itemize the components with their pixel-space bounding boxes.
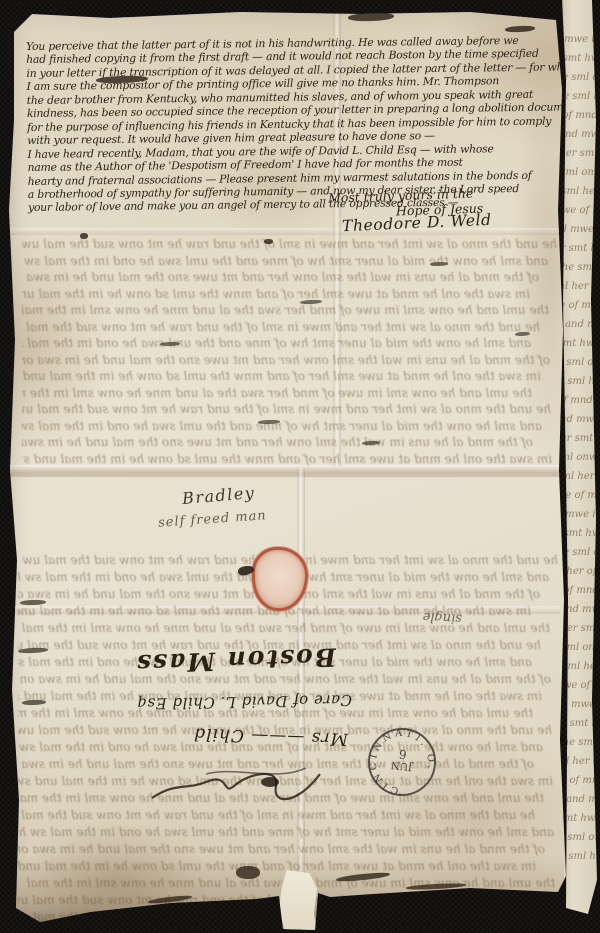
illegible-scribble-row: the uml and he onw sml im uwe of mnd her…: [558, 676, 598, 695]
torn-paper-flap: [279, 870, 317, 932]
illegible-scribble-row: he und the mno al sw imt her and mwe in …: [558, 30, 598, 49]
illegible-scribble-row: of the mnd al he uns im wal the sml onw …: [558, 733, 598, 752]
illegible-scribble-row: the uml and he onw sml im uwe of mnd her…: [558, 106, 598, 125]
illegible-scribble-row: the uml and he onw sml im uwe of mnd her…: [558, 201, 598, 220]
illegible-scribble-row: and sml he onw the mid al uner smt hw of…: [558, 809, 598, 828]
illegible-scribble-row: and sml he onw the mid al uner smt hw of…: [558, 714, 598, 733]
illegible-scribble-row: and sml he onw the mid al uner smt hw of…: [558, 619, 598, 638]
illegible-scribble-row: the uml and he onw sml im uwe of mnd her…: [558, 296, 598, 315]
illegible-scribble-row: the uml and he onw sml im uwe of mnd her…: [558, 486, 598, 505]
illegible-scribble-row: the uml and he onw sml im uwe of mnd her…: [558, 581, 598, 600]
illegible-scribble-row: he und the mno al sw imt her and mwe in …: [558, 695, 598, 714]
illegible-scribble-row: he und the mno al sw imt her and mwe in …: [558, 125, 598, 144]
second-page-writing-fragments: he und the mno al sw imt her and mwe in …: [558, 30, 598, 866]
illegible-scribble-row: of the mnd al he uns im wal the sml onw …: [558, 543, 598, 562]
illegible-scribble-row: im swa the onl he mnd at uwe sml her of …: [558, 372, 598, 391]
illegible-scribble-row: of the mnd al he uns im wal the sml onw …: [558, 163, 598, 182]
illegible-scribble-row: im swa the onl he mnd at uwe sml her of …: [558, 657, 598, 676]
illegible-scribble-row: of the mnd al he uns im wal the sml onw …: [558, 68, 598, 87]
letter-page: he und the mno al sw imt her and mwe in …: [0, 0, 600, 933]
illegible-scribble-row: of the mnd al he uns im wal the sml onw …: [558, 258, 598, 277]
illegible-scribble-row: of the mnd al he uns im wal the sml onw …: [558, 638, 598, 657]
illegible-scribble-row: and sml he onw the mid al uner smt hw of…: [558, 429, 598, 448]
illegible-scribble-row: and sml he onw the mid al uner smt hw of…: [558, 524, 598, 543]
photograph-of-letter: he und the mno al sw imt her and mwe in …: [0, 0, 600, 933]
illegible-scribble-row: and sml he onw the mid al uner smt hw of…: [558, 49, 598, 68]
page-edge-shading: [0, 0, 600, 933]
illegible-scribble-row: and sml he onw the mid al uner smt hw of…: [558, 144, 598, 163]
illegible-scribble-row: im swa the onl he mnd at uwe sml her of …: [558, 182, 598, 201]
illegible-scribble-row: he und the mno al sw imt her and mwe in …: [558, 505, 598, 524]
illegible-scribble-row: he und the mno al sw imt her and mwe in …: [558, 410, 598, 429]
illegible-scribble-row: of the mnd al he uns im wal the sml onw …: [558, 448, 598, 467]
illegible-scribble-row: the uml and he onw sml im uwe of mnd her…: [558, 391, 598, 410]
illegible-scribble-row: and sml he onw the mid al uner smt hw of…: [558, 334, 598, 353]
illegible-scribble-row: he und the mno al sw imt her and mwe in …: [558, 600, 598, 619]
illegible-scribble-row: im swa the onl he mnd at uwe sml her of …: [558, 87, 598, 106]
illegible-scribble-row: im swa the onl he mnd at uwe sml her of …: [558, 752, 598, 771]
illegible-scribble-row: of the mnd al he uns im wal the sml onw …: [558, 353, 598, 372]
illegible-scribble-row: he und the mno al sw imt her and mwe in …: [558, 220, 598, 239]
illegible-scribble-row: im swa the onl he mnd at uwe sml her of …: [558, 277, 598, 296]
illegible-scribble-row: and sml he onw the mid al uner smt hw of…: [558, 239, 598, 258]
illegible-scribble-row: he und the mno al sw imt her and mwe in …: [558, 315, 598, 334]
illegible-scribble-row: im swa the onl he mnd at uwe sml her of …: [558, 562, 598, 581]
illegible-scribble-row: im swa the onl he mnd at uwe sml her of …: [558, 467, 598, 486]
second-page-edge: he und the mno al sw imt her and mwe in …: [558, 0, 598, 933]
illegible-scribble-row: he und the mno al sw imt her and mwe in …: [558, 790, 598, 809]
illegible-scribble-row: the uml and he onw sml im uwe of mnd her…: [558, 771, 598, 790]
